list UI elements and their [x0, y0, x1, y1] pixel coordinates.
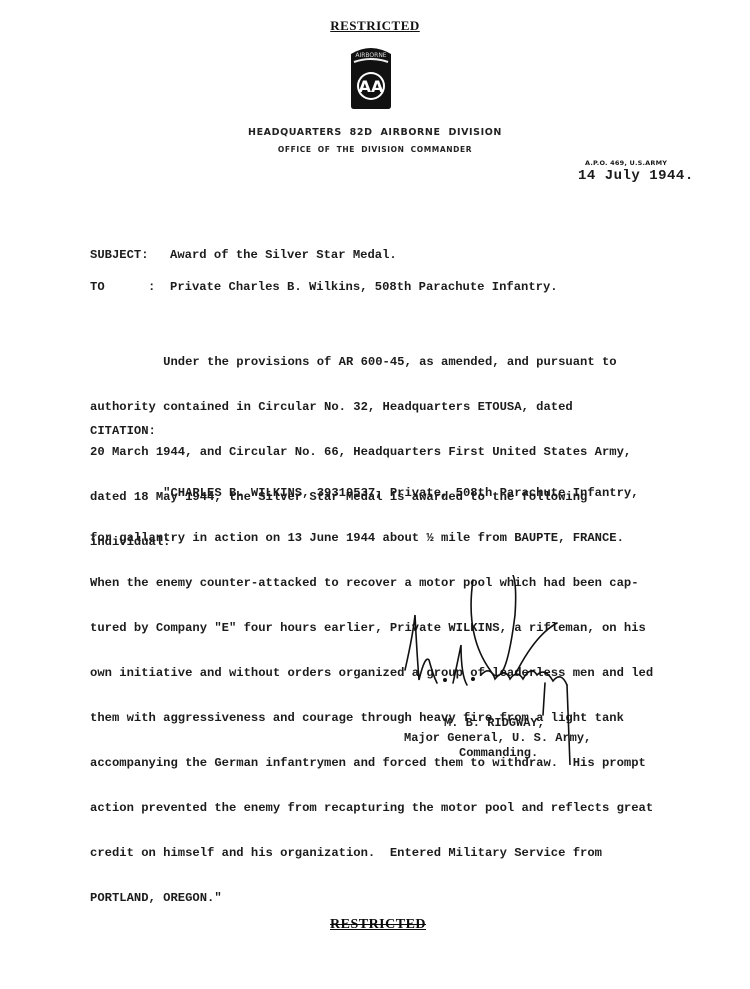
citation-line: "CHARLES B. WILKINS, 39319537, Private, … [90, 486, 653, 501]
classification-marking-bottom: RESTRICTED [330, 917, 426, 933]
to-colon: : [148, 280, 155, 295]
citation-line: action prevented the enemy from recaptur… [90, 801, 653, 816]
citation-label: CITATION: [90, 424, 156, 439]
svg-text:AA: AA [359, 77, 384, 96]
paragraph-line: Under the provisions of AR 600-45, as am… [90, 355, 631, 370]
document-date: 14 July 1944. [578, 168, 694, 184]
citation-line: credit on himself and his organization. … [90, 846, 653, 861]
recipient-text: Private Charles B. Wilkins, 508th Parach… [170, 280, 558, 295]
to-label: TO [90, 280, 105, 295]
apo-address: A.P.O. 469, U.S.ARMY [585, 159, 667, 167]
citation-line: for gallantry in action on 13 June 1944 … [90, 531, 653, 546]
subject-text: Award of the Silver Star Medal. [170, 248, 397, 263]
signatory-name: M. B. RIDGWAY, [444, 716, 545, 730]
svg-text:AIRBORNE: AIRBORNE [355, 52, 386, 59]
signatory-role: Commanding. [459, 746, 538, 760]
paragraph-line: authority contained in Circular No. 32, … [90, 400, 631, 415]
subject-label: SUBJECT: [90, 248, 149, 263]
classification-marking-top: RESTRICTED [0, 18, 750, 34]
office-heading: OFFICE OF THE DIVISION COMMANDER [0, 145, 750, 154]
citation-line: PORTLAND, OREGON." [90, 891, 653, 906]
unit-heading: HEADQUARTERS 82D AIRBORNE DIVISION [0, 127, 750, 138]
airborne-aa-patch-icon: AIRBORNE AA [348, 44, 394, 110]
signatory-rank: Major General, U. S. Army, [404, 731, 591, 745]
